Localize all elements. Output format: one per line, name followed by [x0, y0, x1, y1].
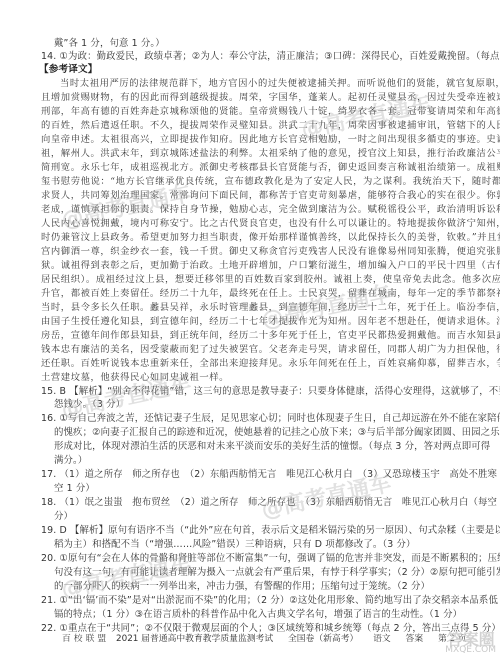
text-line: 居民组织）。成祖经过汶上县，想要迁移邻里的百姓数百家到胶州。诚祖上奏，使皇帝免去… — [41, 274, 500, 286]
text-line: 人民内心喜悦拥戴，境内可称安宁。比之古代贤良官吏，也没有什么可以谦让的。特地提拔… — [41, 218, 500, 230]
text-line: 15. B 【解析】“别舍不得花销”错，这三句的意思是教导妻子：只要身体健康，活… — [41, 386, 500, 398]
doc-type-label: 答案 — [406, 634, 424, 644]
text-line: 的百姓，然后遣返任职。不久，提拔周荣作灵璧知县。洪武二十九年，周荣因事被逮捕审讯… — [41, 120, 500, 132]
text-line: 17. （1）道之所存 师之所存也 （2）东船西舫悄无言 唯见江心秋月白 （3）… — [41, 469, 500, 481]
text-line: 刑部，年高有德的百姓奔赴京城称颂他的贤能。皇帝赏赐钱八十锭，绮罗衣各一套。冠带宴… — [41, 106, 500, 118]
text-line: 当时，县令多长久任职。蠡县吴祥，永乐时管理蠡县，到宣德年间，经历三十二年，死于任… — [41, 302, 500, 314]
text-line: 的一部分吓人的疾病一一列举出来，冲击力强，有警醒的作用；压缩句过于笼统。（2 分… — [54, 581, 430, 593]
text-line: 由国子生授任遵化知县，到宣德年间，经历二十七年才提拔作光为知州。因年老不想赴任，… — [41, 316, 500, 328]
text-line: 18. （1）氓之蚩蚩 抱布贸丝 （2）道之所存 师之所存也 （3）东船西舫悄无… — [41, 497, 500, 509]
text-line: 祖，解州人。洪武末年，到京城陈述盐法的利弊。太祖采纳了他的意见，授官汶上知县，推… — [41, 148, 500, 160]
text-line: 还任职。百姓听说钱本忠重新来任，全部出来迎接拜见。永乐年间死在任上，百姓哀痛仰慕… — [41, 358, 500, 370]
text-line: 钱本忠有廉洁的美名，因受蒙蔽而犯了过失被罢官。父老奔走号哭，请求留任，同郡人胡广… — [41, 344, 500, 356]
text-line: 宫内御酒一尊，织金纱衣一套，钱一千贯。御史又称贪官污吏残害人民没有谁像易州同知张… — [41, 246, 500, 258]
text-line: 形成对比，体现对漂泊生活的厌恶和对未来平淡而安乐的美好生活的憧憬。（每点 3 分… — [54, 441, 490, 453]
text-line: 当时太祖用严厉的法律规范群下，地方官因小的过失便被逮捕关押。而听说他们的贤能，就… — [60, 78, 500, 90]
text-line: 升官，都被百姓上奏留任。经历二十九年，最终死在任上。士民哀哭，留葬在城南，每年一… — [41, 288, 500, 300]
subject-label: 语文 — [373, 634, 391, 644]
section-heading: 【参考译文】 — [39, 64, 97, 76]
text-line: 土营建坟墓，他获得民心如同史诚祖一样。 — [41, 372, 229, 384]
answer-page: 戴”各 1 分，句意 1 分。）14. ①为政：勤政爱民，政绩卓著；②为人：奉公… — [0, 0, 500, 666]
publisher-logo: 百校联盟 — [62, 634, 109, 644]
corner-watermark-logo: 答案圈 — [445, 634, 496, 645]
text-line: 向皇帝申述。太祖很高兴，立即提拔作知府。因此地方长官竞相勉励，一时之间出现很多循… — [41, 134, 500, 146]
text-line: 20. ①原句有“会在人体的骨骼和肾脏等部位不断富集”一句，强调了镉的危害并非突… — [41, 553, 500, 565]
text-line: 分） — [54, 511, 73, 523]
text-line: 稻为主）和搭配不当（“增强……风险”错误）三种语病，只有 D 项都修改了。（3 … — [54, 539, 416, 551]
corner-watermark: 答案圈 MXQE.COM — [445, 634, 496, 656]
corner-watermark-url: MXQE.COM — [445, 645, 496, 656]
text-line: 19. D 【解析】原句有语序不当（“此外”应在句首，表示后文是稻米镉污染的另一… — [41, 525, 500, 537]
page-footer: 百校联盟 2021 届普通高中教育教学质量监测考试 全国卷（新高考） 语文 答案… — [62, 631, 467, 644]
text-line: 狱。诚祖得到表彰之后，更加勤于治政。土地开辟增加，户口繁衍滋生，增加编入户口的平… — [41, 260, 500, 272]
text-line: 戴”各 1 分，句意 1 分。） — [54, 38, 165, 50]
text-line: 21. ①“出‘镉’而不染”是对“出淤泥而不染”的化用；（2 分）②这处化用形象… — [41, 595, 498, 607]
text-line: 16. ①写自己奔波之苦，还惦记妻子生辰，足见思家心切；同时也体现妻子生日，自己… — [41, 413, 500, 425]
text-line: 空 1 分） — [54, 483, 95, 495]
text-line: 14. ①为政：勤政爱民，政绩卓著；②为人：奉公守法，清正廉洁；③口碑：深得民心… — [41, 51, 500, 63]
text-line: 房岳，宣德年间作郎县知县，到正统年间，经历二十多年死于任上，官吏平民都热爱拥戴他… — [41, 330, 500, 342]
text-line: 怨钱少。（3 分） — [54, 399, 125, 411]
text-line: 求贤人，共同筹划治理国家。常常询问下面民间，都称苦于官吏苛刻暴虐，能够符合我心的… — [41, 190, 500, 202]
text-line: 且增加赏赐财物，有的因此而得到越级提拔。周荣，字国华，蓬莱人。起初任灵璧县丞，因… — [41, 92, 500, 104]
text-line: 时仍兼管汶上县政务。希望更加努力担当职责，像开始那样谨慎善终，以此保持长久的美誉… — [41, 232, 500, 244]
text-line: 简刑宽。永乐七年，成祖巡视北方。派御史考核郡县长官贤能与否，御史返回奏言称诚祖治… — [41, 162, 500, 174]
text-line: 玺书慰劳他说：“地方长官继承优良传统，宣布德政教化是为了安定人民，为之谋利。我统… — [41, 176, 500, 188]
exam-title: 2021 届普通高中教育教学质量监测考试 — [116, 634, 273, 644]
text-line: 镉的特点；（1 分）③在语言质朴的科普作品中化入古典文学名句，增强了语言的生动性… — [54, 609, 462, 621]
text-line: 老成，谨慎承担你的职责。保持自身节操，勉励心志，完全做到廉洁为公。赋税徭役公平，… — [41, 204, 500, 216]
text-line: 满分。） — [54, 455, 87, 467]
exam-edition: 全国卷（新高考） — [288, 634, 358, 644]
text-line: 句没有这一句，有可能让读者理解为摄入一点就会有严重后果，有悖于科学事实；（2 分… — [54, 567, 500, 579]
text-line: 的愧疚；②向妻子汇报自己的踪迹和近况，使她悬着的记挂之心放下来；③与后半部分阖家… — [54, 427, 500, 439]
